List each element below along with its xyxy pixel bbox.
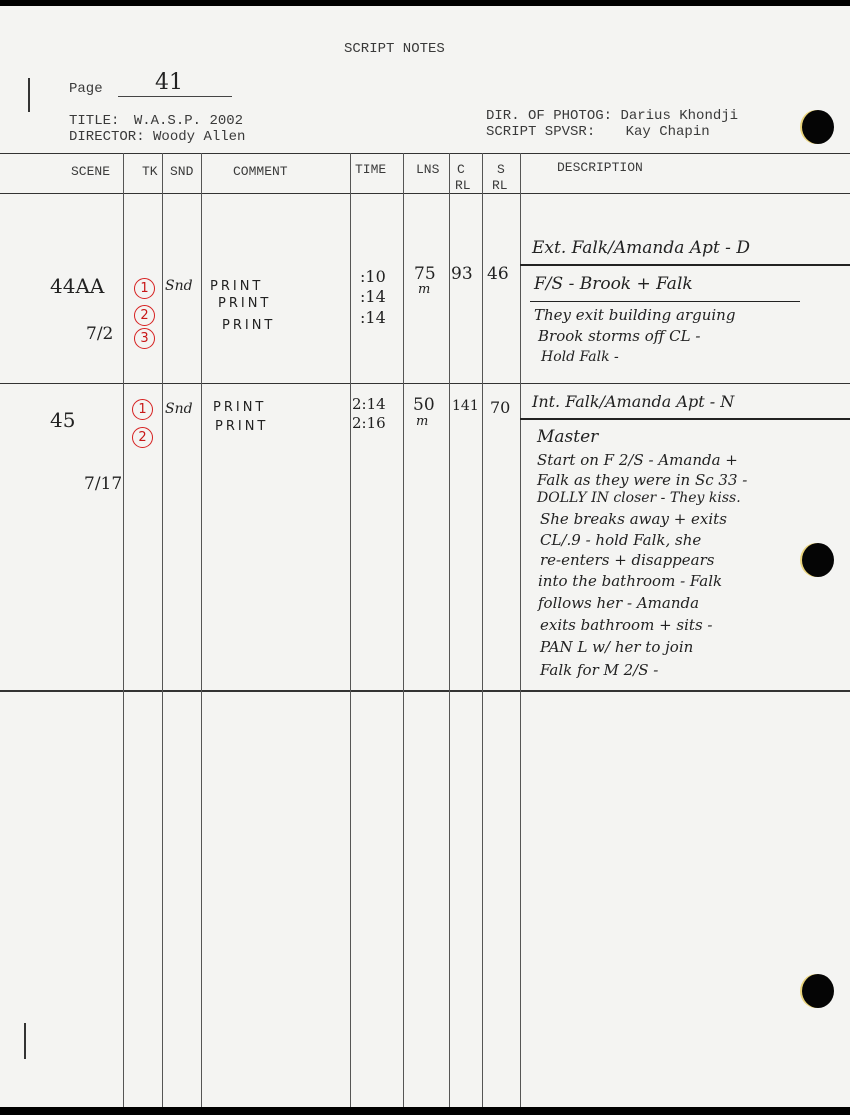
lens: 75 xyxy=(414,264,436,284)
description-line: They exit building arguing xyxy=(534,306,735,324)
take-circle: 1 xyxy=(132,399,153,420)
description-line: F/S - Brook + Falk xyxy=(534,274,693,294)
description-line: into the bathroom - Falk xyxy=(538,572,722,590)
camera-roll: 141 xyxy=(452,398,479,414)
column-divider xyxy=(520,153,521,1107)
description-line: CL/.9 - hold Falk, she xyxy=(540,531,701,549)
col-header-scene: SCENE xyxy=(71,164,110,179)
comment-print: PRINT xyxy=(213,400,266,415)
col-header-time: TIME xyxy=(355,162,386,177)
description-line: re-enters + disappears xyxy=(540,551,714,569)
sound-roll: 70 xyxy=(490,398,510,417)
col-header-s: S xyxy=(497,162,505,177)
lens-unit: m xyxy=(416,414,428,429)
form-title: SCRIPT NOTES xyxy=(344,41,445,57)
table-top-rule xyxy=(0,153,850,154)
scene-number: 45 xyxy=(50,408,75,432)
col-header-c-rl: RL xyxy=(455,178,471,193)
take-time: :10 xyxy=(360,267,386,286)
page-number: 41 xyxy=(155,70,183,95)
director-value: Woody Allen xyxy=(153,129,245,145)
page-underline xyxy=(118,96,232,97)
binder-hole-icon xyxy=(802,543,834,577)
take-time: 2:16 xyxy=(352,414,386,432)
col-header-lns: LNS xyxy=(416,162,439,177)
director-row: DIRECTOR: Woody Allen xyxy=(69,129,245,145)
camera-roll: 93 xyxy=(451,264,473,284)
description-line: DOLLY IN closer - They kiss. xyxy=(537,490,741,506)
director-label: DIRECTOR: xyxy=(69,129,145,145)
comment-print: PRINT xyxy=(218,296,271,311)
comment-print: PRINT xyxy=(222,318,275,333)
take-time: 2:14 xyxy=(352,395,386,413)
column-divider xyxy=(449,153,450,1107)
description-line: exits bathroom + sits - xyxy=(540,616,712,634)
header-bottom-rule xyxy=(0,193,850,194)
margin-mark xyxy=(28,78,30,112)
column-divider xyxy=(350,153,351,1107)
description-line: Hold Falk - xyxy=(541,349,619,365)
row-2-bottom-rule xyxy=(0,690,850,692)
col-header-tk: TK xyxy=(142,164,158,179)
script-supervisor-value: Kay Chapin xyxy=(626,124,710,140)
col-header-snd: SND xyxy=(170,164,193,179)
col-header-description: DESCRIPTION xyxy=(557,160,643,175)
dir-photog-label: DIR. OF PHOTOG: xyxy=(486,108,612,124)
slug-underline xyxy=(520,418,850,420)
row-1-bottom-rule xyxy=(0,383,850,384)
title-value: W.A.S.P. 2002 xyxy=(134,113,243,129)
sound-roll: 46 xyxy=(487,264,509,284)
sound-marker: Snd xyxy=(165,278,193,294)
description-line: Falk as they were in Sc 33 - xyxy=(537,471,747,489)
lens: 50 xyxy=(413,395,435,415)
col-header-comment: COMMENT xyxy=(233,164,288,179)
description-line: Brook storms off CL - xyxy=(538,327,700,345)
take-time: :14 xyxy=(360,308,386,327)
take-circle: 2 xyxy=(132,427,153,448)
take-circle: 1 xyxy=(134,278,155,299)
description-line: follows her - Amanda xyxy=(538,594,699,612)
script-notes-page: SCRIPT NOTES Page 41 TITLE: W.A.S.P. 200… xyxy=(0,6,850,1107)
binder-hole-icon xyxy=(802,974,834,1008)
col-header-s-rl: RL xyxy=(492,178,508,193)
page-label: Page xyxy=(69,81,103,97)
margin-mark xyxy=(24,1023,26,1059)
shot-underline xyxy=(530,301,800,302)
column-divider xyxy=(482,153,483,1107)
take-time: :14 xyxy=(360,287,386,306)
scene-number: 44AA xyxy=(50,274,104,298)
scene-slug: Ext. Falk/Amanda Apt - D xyxy=(532,238,750,258)
description-line: PAN L w/ her to join xyxy=(540,638,693,656)
column-divider xyxy=(162,153,163,1107)
column-divider xyxy=(123,153,124,1107)
column-divider xyxy=(201,153,202,1107)
title-row: TITLE: W.A.S.P. 2002 xyxy=(69,113,243,129)
scene-slug: Int. Falk/Amanda Apt - N xyxy=(532,392,734,411)
script-supervisor-label: SCRIPT SPVSR: xyxy=(486,124,595,140)
lens-unit: m xyxy=(418,282,430,297)
description-line: Start on F 2/S - Amanda + xyxy=(537,451,738,469)
shoot-date: 7/17 xyxy=(84,474,122,494)
shoot-date: 7/2 xyxy=(86,324,113,344)
description-line: Falk for M 2/S - xyxy=(540,661,658,679)
dir-photog-value: Darius Khondji xyxy=(620,108,738,124)
take-circle: 2 xyxy=(134,305,155,326)
dir-photog-row: DIR. OF PHOTOG: Darius Khondji xyxy=(486,108,738,124)
sound-marker: Snd xyxy=(165,401,193,417)
description-line: Master xyxy=(537,427,598,447)
description-line: She breaks away + exits xyxy=(540,510,727,528)
comment-print: PRINT xyxy=(210,279,263,294)
comment-print: PRINT xyxy=(215,419,268,434)
title-label: TITLE: xyxy=(69,113,119,129)
column-divider xyxy=(403,153,404,1107)
col-header-c: C xyxy=(457,162,465,177)
binder-hole-icon xyxy=(802,110,834,144)
slug-underline xyxy=(520,264,850,266)
take-circle: 3 xyxy=(134,328,155,349)
script-supervisor-row: SCRIPT SPVSR: Kay Chapin xyxy=(486,124,710,140)
